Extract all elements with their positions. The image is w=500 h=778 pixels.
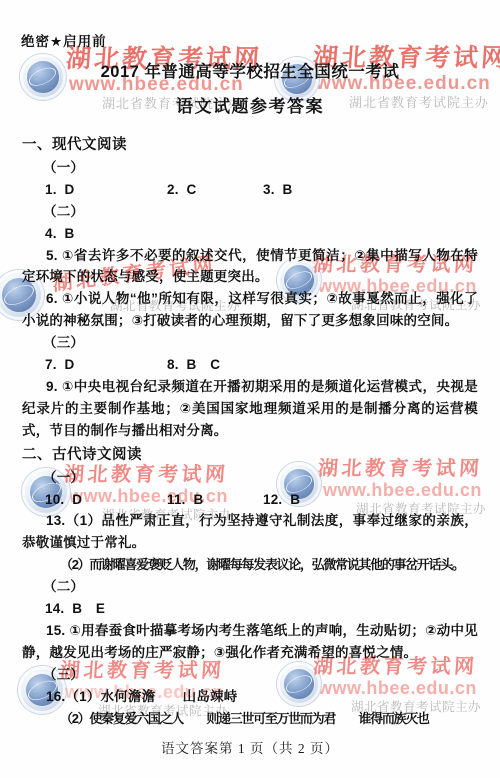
subsection-label: （三）	[22, 332, 478, 354]
choice-answers-row: 14. B E	[22, 598, 478, 620]
choice-answers-row: 7. D 8. B C	[22, 354, 478, 376]
section-classical-poetry-reading: 二、古代诗文阅读 （一） 10. D 11. B 12. B 13.（1）品性严…	[22, 445, 478, 730]
security-classification: 绝密★启用前	[21, 30, 107, 50]
answer-paragraph-q16-2: （2）使秦复爱六国之人 则递三世可至万世而为君 谁得而族灭也	[22, 708, 478, 730]
answer-item: 8. B C	[167, 354, 263, 376]
section-modern-text-reading: 一、现代文阅读 （一） 1. D 2. C 3. B （二） 4. B 5. ①…	[22, 135, 478, 442]
subsection-label: （一）	[22, 157, 478, 179]
answer-paragraph-q15: 15. ①用春蚕食叶描摹考场内考生落笔纸上的声响，生动贴切；②动中见静，越发见出…	[22, 620, 478, 664]
choice-answers-row: 4. B	[22, 223, 478, 245]
answer-paragraph-q6: 6. ①小说人物“他”所知有限，这样写很真实；②故事戛然而止，强化了小说的神秘氛…	[22, 288, 478, 332]
choice-answers-row: 1. D 2. C 3. B	[22, 179, 478, 201]
subsection-label: （二）	[22, 576, 478, 598]
answer-item: 3. B	[263, 179, 293, 201]
answer-item: 12. B	[263, 489, 300, 511]
subsection-label: （二）	[22, 201, 478, 223]
section-heading: 一、现代文阅读	[22, 135, 478, 157]
subsection-label: （一）	[22, 467, 478, 489]
answer-item: 2. C	[167, 179, 263, 201]
exam-title: 2017 年普通高等学校招生全国统一考试	[0, 58, 500, 82]
answer-item: 1. D	[45, 179, 167, 201]
answer-paragraph-q9: 9. ①中央电视台纪录频道在开播初期采用的是频道化运营模式，央视是纪录片的主要制…	[22, 376, 478, 442]
answer-item: 7. D	[45, 354, 167, 376]
choice-answers-row: 10. D 11. B 12. B	[22, 489, 478, 511]
section-heading: 二、古代诗文阅读	[22, 445, 478, 467]
answer-item: 10. D	[45, 489, 167, 511]
answer-paragraph-q13-1: 13.（1）品性严肃正直，行为坚持遵守礼制法度，事奉过继家的亲族，恭敬谨慎过于常…	[22, 510, 478, 554]
answer-paragraph-q13-2: （2）而谢曜喜爱褒贬人物，谢曜每每发表议论，弘微常说其他的事岔开话头。	[22, 554, 478, 576]
answer-sheet-title: 语文试题参考答案	[0, 92, 500, 117]
subsection-label: （三）	[22, 664, 478, 686]
answer-paragraph-q16-1: 16.（1）水何澹澹 山岛竦峙	[22, 686, 478, 708]
answer-item: 11. B	[167, 489, 263, 511]
exam-answer-page: { "page": { "classification": "绝密★启用前", …	[0, 0, 500, 778]
answer-item: 4. B	[45, 223, 167, 245]
answer-item: 14. B E	[45, 598, 167, 620]
page-footer: 语文答案第 1 页（共 2 页）	[0, 737, 500, 757]
answer-paragraph-q5: 5. ①省去许多不必要的叙述交代，使情节更简洁；②集中描写人物在特定环境下的状态…	[22, 245, 478, 289]
answer-body: 一、现代文阅读 （一） 1. D 2. C 3. B （二） 4. B 5. ①…	[22, 135, 478, 729]
